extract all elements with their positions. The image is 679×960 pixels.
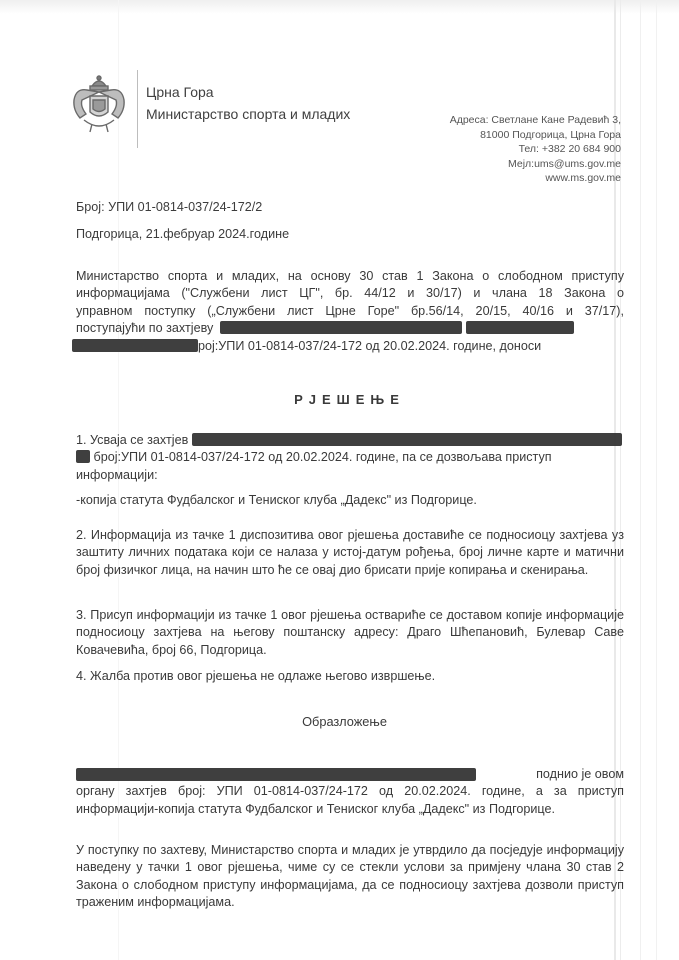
redaction bbox=[72, 339, 198, 352]
redaction bbox=[192, 433, 622, 446]
decision-item-1: 1. Усваја се захтјев број:УПИ 01-0814-03… bbox=[76, 432, 624, 510]
item-2-text: 2. Информација из тачке 1 диспозитива ов… bbox=[76, 527, 624, 579]
reasoning-paragraph-2: У поступку по захтеву, Министарство спор… bbox=[76, 842, 624, 912]
redaction bbox=[76, 450, 90, 463]
reasoning-line: поднио је овом bbox=[76, 766, 624, 783]
decision-item-2: 2. Информација из тачке 1 диспозитива ов… bbox=[76, 527, 624, 579]
montenegro-coat-of-arms-icon bbox=[70, 74, 128, 136]
place-date: Подгорица, 21.фебруар 2024.године bbox=[76, 227, 289, 241]
reasoning-p2: У поступку по захтеву, Министарство спор… bbox=[76, 842, 624, 912]
address-line-1: Адреса: Светлане Кане Радевић 3, bbox=[450, 113, 621, 128]
website: www.ms.gov.me bbox=[450, 171, 621, 186]
reasoning-title: Образложење bbox=[0, 714, 679, 729]
item-1-sub: -копија статута Фудбалског и Тениског кл… bbox=[76, 492, 624, 509]
decision-item-4: 4. Жалба против овог рјешења не одлаже њ… bbox=[76, 668, 624, 685]
intro-line: управном поступку („Службени лист Црне Г… bbox=[76, 303, 624, 320]
item-1-cont: број:УПИ 01-0814-037/24-172 од 20.02.202… bbox=[94, 450, 552, 464]
address-line-2: 81000 Подгорица, Црна Гора bbox=[450, 128, 621, 143]
intro-line: рој:УПИ 01-0814-037/24-172 од 20.02.2024… bbox=[76, 338, 624, 355]
intro-line-4-text: поступајући по захтјеву bbox=[76, 321, 213, 335]
item-4-text: 4. Жалба против овог рјешења не одлаже њ… bbox=[76, 668, 624, 685]
redaction bbox=[466, 321, 574, 334]
redaction bbox=[220, 321, 462, 334]
scan-top-shadow bbox=[0, 0, 679, 14]
contact-block: Адреса: Светлане Кане Радевић 3, 81000 П… bbox=[450, 113, 621, 186]
item-1-line: 1. Усваја се захтјев bbox=[76, 432, 624, 449]
decision-item-3: 3. Присуп информацији из тачке 1 овог рј… bbox=[76, 607, 624, 659]
country-name: Црна Гора bbox=[146, 84, 214, 100]
ministry-name: Министарство спорта и младих bbox=[146, 106, 350, 122]
scan-streak bbox=[656, 0, 657, 960]
reasoning-p1-end: поднио је овом bbox=[536, 767, 624, 781]
intro-line: поступајући по захтјеву bbox=[76, 320, 624, 337]
reasoning-paragraph-1: поднио је овом органу захтјев број: УПИ … bbox=[76, 766, 624, 818]
letterhead-divider bbox=[137, 70, 138, 148]
item-1-line: информацији: bbox=[76, 467, 624, 484]
item-1-line: број:УПИ 01-0814-037/24-172 од 20.02.202… bbox=[76, 449, 624, 466]
reasoning-p1-rest: органу захтјев број: УПИ 01-0814-037/24-… bbox=[76, 783, 624, 818]
email: Мејл:ums@ums.gov.me bbox=[450, 157, 621, 172]
item-3-text: 3. Присуп информацији из тачке 1 овог рј… bbox=[76, 607, 624, 659]
intro-line: Министарство спорта и младих, на основу … bbox=[76, 268, 624, 285]
decision-title: РЈЕШЕЊЕ bbox=[0, 392, 679, 407]
document-number: Број: УПИ 01-0814-037/24-172/2 bbox=[76, 200, 262, 214]
intro-line: информацијама ("Службени лист ЦГ", бр. 4… bbox=[76, 285, 624, 302]
intro-paragraph: Министарство спорта и младих, на основу … bbox=[76, 268, 624, 355]
phone: Тел: +382 20 684 900 bbox=[450, 142, 621, 157]
intro-line-5-text: рој:УПИ 01-0814-037/24-172 од 20.02.2024… bbox=[198, 339, 541, 353]
scan-streak bbox=[640, 0, 641, 960]
item-1-start: 1. Усваја се захтјев bbox=[76, 433, 188, 447]
redaction bbox=[76, 768, 476, 781]
